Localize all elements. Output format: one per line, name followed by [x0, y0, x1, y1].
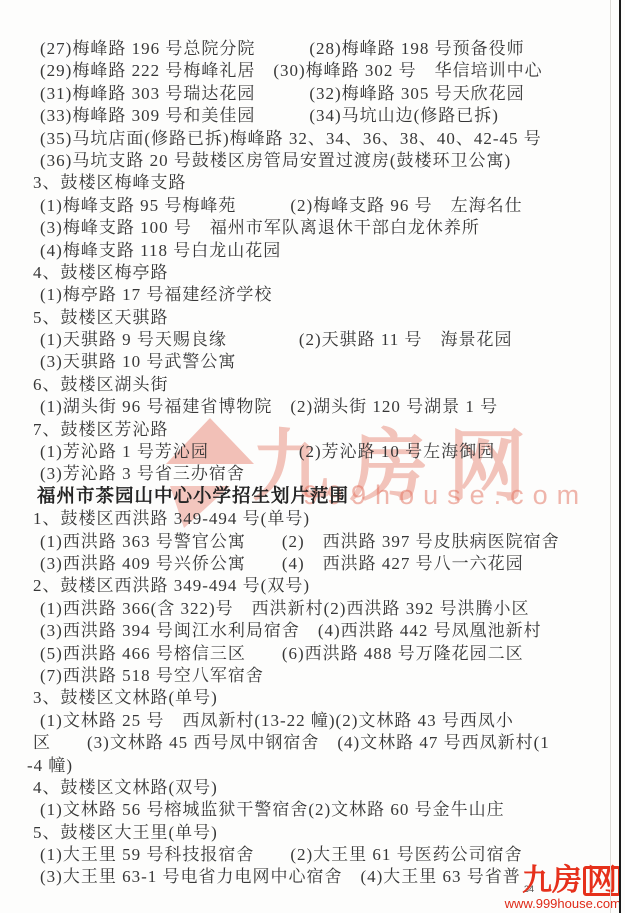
text-line: 6、鼓楼区湖头街 — [0, 374, 625, 396]
text-line: (3)西洪路 394 号闽江水利局宿舍 (4)西洪路 442 号凤凰池新村 — [0, 620, 625, 642]
text-line: (3)梅峰支路 100 号 福州市军队离退休干部白龙休养所 — [0, 217, 625, 239]
text-line: (1)芳沁路 1 号芳沁园 (2)芳沁路 10 号左海御园 — [0, 441, 625, 463]
text-line: 3、鼓楼区文林路(单号) — [0, 687, 625, 709]
site-logo-brand: 九房网 — [505, 866, 621, 896]
text-line: (1)梅峰支路 95 号梅峰苑 (2)梅峰支路 96 号 左海名仕 — [0, 195, 625, 217]
text-line: (36)马坑支路 20 号鼓楼区房管局安置过渡房(鼓楼环卫公寓) — [0, 150, 625, 172]
text-line: 1、鼓楼区西洪路 349-494 号(单号) — [0, 508, 625, 530]
document-body: (27)梅峰路 196 号总院分院 (28)梅峰路 198 号预备役师(29)梅… — [0, 38, 625, 889]
text-line: (1)梅亭路 17 号福建经济学校 — [0, 284, 625, 306]
text-line: (3)天骐路 10 号武警公寓 — [0, 351, 625, 373]
text-line: (4)梅峰支路 118 号白龙山花园 — [0, 240, 625, 262]
text-line: (1)西洪路 363 号警官公寓 (2) 西洪路 397 号皮肤病医院宿舍 — [0, 531, 625, 553]
text-line: 4、鼓楼区文林路(双号) — [0, 777, 625, 799]
text-line: (29)梅峰路 222 号梅峰礼居 (30)梅峰路 302 号 华信培训中心 — [0, 60, 625, 82]
site-logo: 九房网 www.999house.com — [505, 866, 621, 911]
text-line: (27)梅峰路 196 号总院分院 (28)梅峰路 198 号预备役师 — [0, 38, 625, 60]
scan-edge-border-line — [619, 0, 621, 913]
text-line: (1)湖头街 96 号福建省博物院 (2)湖头街 120 号湖景 1 号 — [0, 396, 625, 418]
text-line: (1)天骐路 9 号天赐良缘 (2)天骐路 11 号 海景花园 — [0, 329, 625, 351]
logo-char-wang: 网 — [583, 866, 621, 896]
text-line: 5、鼓楼区大王里(单号) — [0, 822, 625, 844]
text-line: 4、鼓楼区梅亭路 — [0, 262, 625, 284]
scan-edge-faint-line — [610, 0, 611, 913]
text-line: 区 (3)文林路 45 西号凤中钢宿舍 (4)文林路 47 号西凤新村(1 — [0, 732, 625, 754]
text-line: 5、鼓楼区天骐路 — [0, 307, 625, 329]
text-line: (31)梅峰路 303 号瑞达花园 (32)梅峰路 305 号天欣花园 — [0, 83, 625, 105]
text-line: (33)梅峰路 309 号和美佳园 (34)马坑山边(修路已拆) — [0, 105, 625, 127]
text-line: (5)西洪路 466 号榕信三区 (6)西洪路 488 号万隆花园二区 — [0, 643, 625, 665]
section-heading: 福州市茶园山中心小学招生划片范围 — [0, 486, 625, 508]
text-line: (3)西洪路 409 号兴侨公寓 (4) 西洪路 427 号八一六花园 — [0, 553, 625, 575]
text-line: 7、鼓楼区芳沁路 — [0, 419, 625, 441]
scanned-document-page: 九房网 999house.com (27)梅峰路 196 号总院分院 (28)梅… — [0, 0, 625, 913]
text-line: (1)文林路 56 号榕城监狱干警宿舍(2)文林路 60 号金牛山庄 — [0, 799, 625, 821]
text-line: (7)西洪路 518 号空八军宿舍 — [0, 665, 625, 687]
text-line: -4 幢) — [0, 755, 625, 777]
logo-char-jiu: 九 — [522, 864, 552, 897]
logo-char-fang: 房 — [552, 864, 582, 897]
text-line: (1)西洪路 366(含 322)号 西洪新村(2)西洪路 392 号洪腾小区 — [0, 598, 625, 620]
text-line: (3)芳沁路 3 号省三办宿舍 — [0, 463, 625, 485]
text-line: (1)文林路 25 号 西凤新村(13-22 幢)(2)文林路 43 号西凤小 — [0, 710, 625, 732]
text-line: (35)马坑店面(修路已拆)梅峰路 32、34、36、38、40、42-45 号 — [0, 128, 625, 150]
text-line: 3、鼓楼区梅峰支路 — [0, 172, 625, 194]
text-line: 2、鼓楼区西洪路 349-494 号(双号) — [0, 575, 625, 597]
site-logo-url: www.999house.com — [505, 897, 621, 911]
